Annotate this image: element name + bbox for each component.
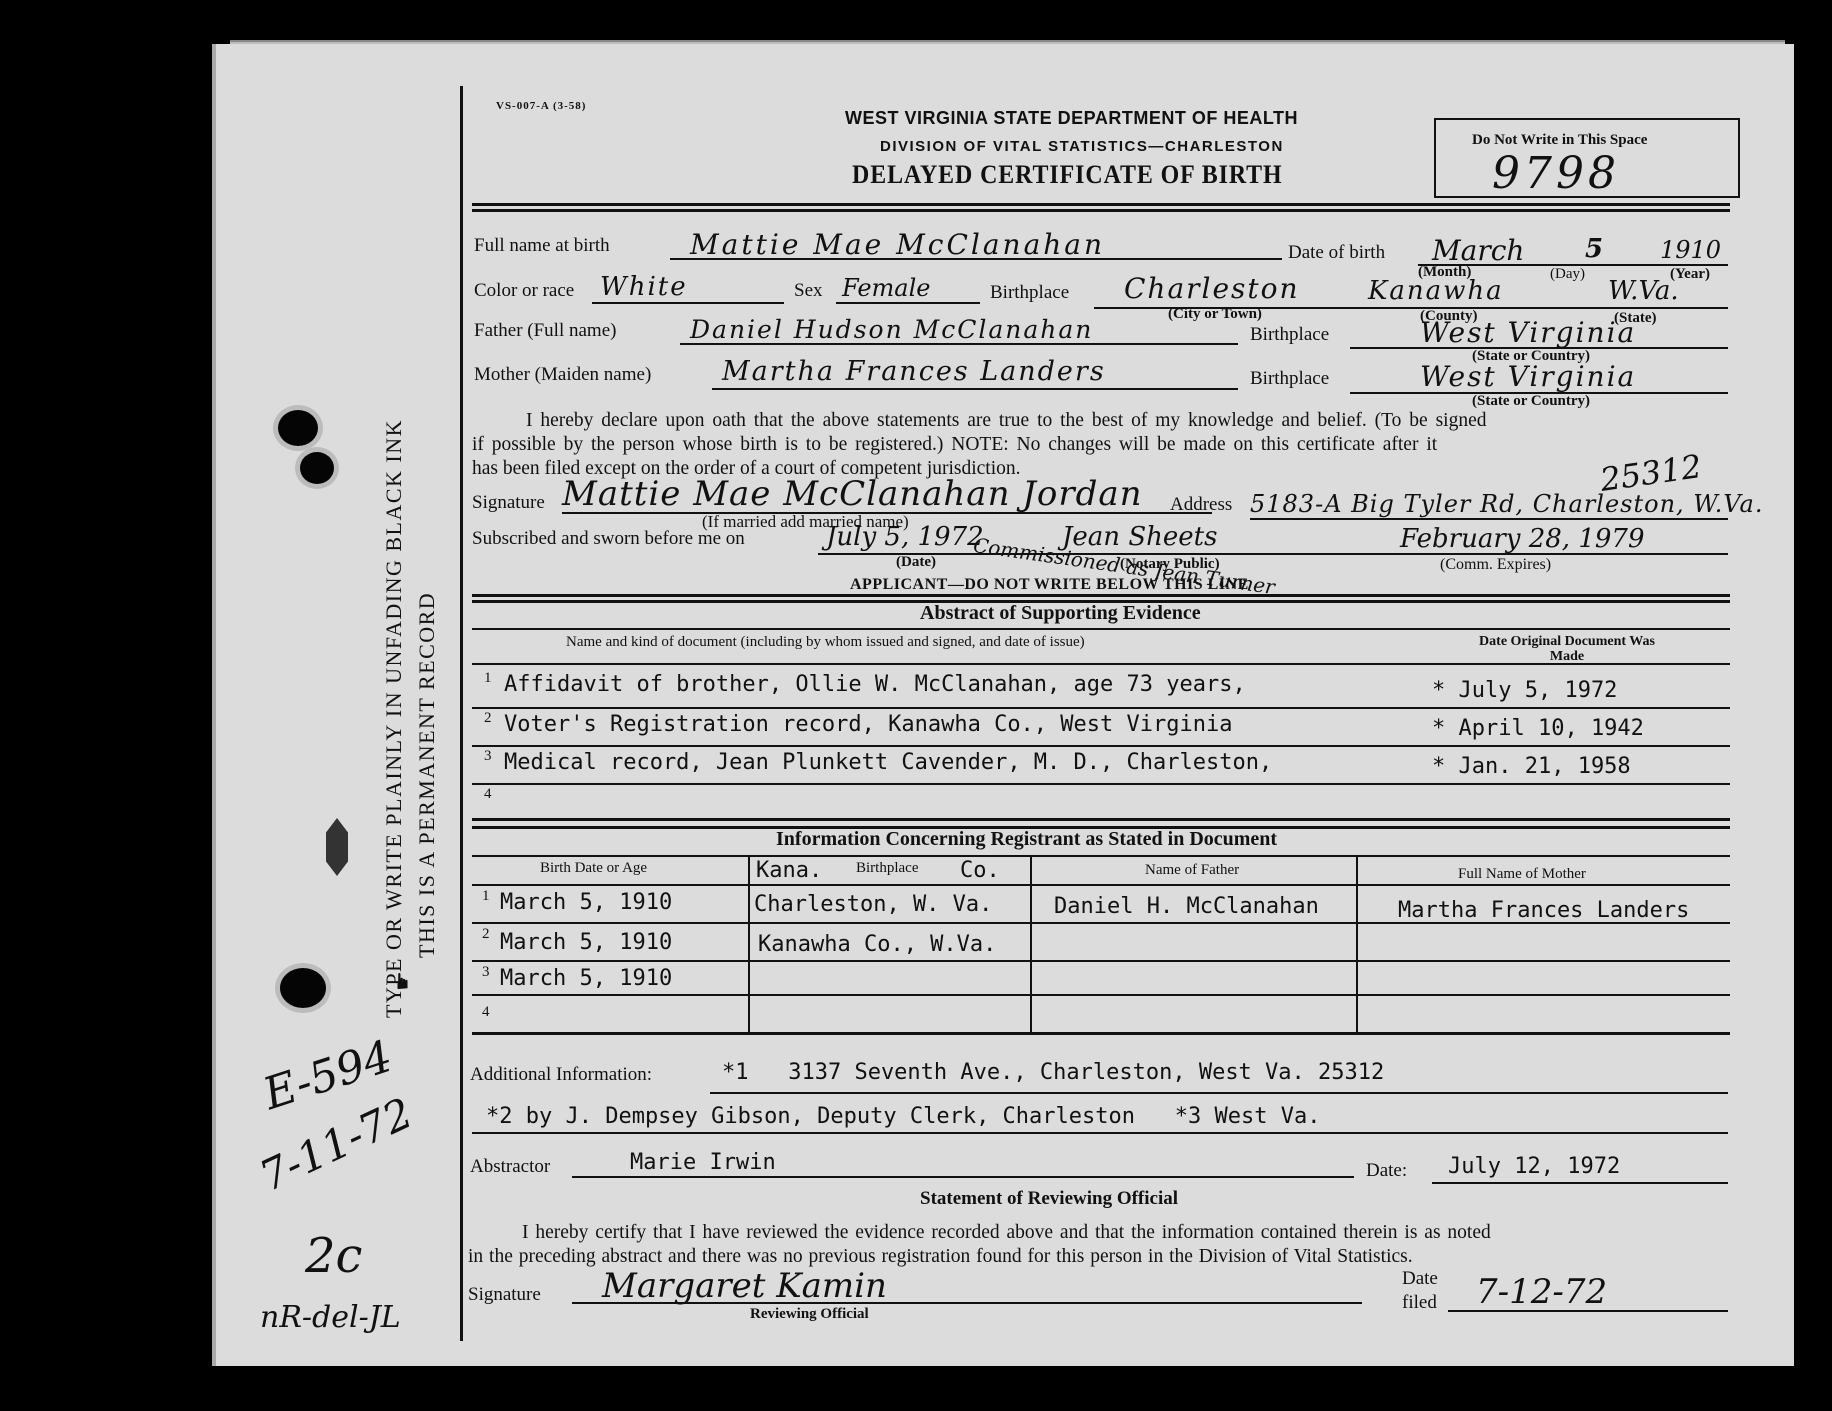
- punch-hole-icon: [300, 452, 334, 484]
- race-value: White: [600, 272, 688, 302]
- full-name-value: Mattie Mae McClanahan: [690, 228, 1105, 261]
- evidence-document: Voter's Registration record, Kanawha Co.…: [504, 712, 1232, 737]
- registrant-birthdate: March 5, 1910: [500, 890, 672, 915]
- review-line-1: I hereby certify that I have reviewed th…: [522, 1220, 1491, 1245]
- underline: [710, 1092, 1728, 1094]
- oath-line-2: if possible by the person whose birth is…: [472, 432, 1437, 457]
- evidence-date: * Jan. 21, 1958: [1432, 754, 1631, 779]
- underline: [1250, 518, 1728, 520]
- row-line: [472, 994, 1730, 996]
- col-birthplace-suffix: Co.: [960, 858, 1000, 883]
- page-title: DELAYED CERTIFICATE OF BIRTH: [852, 160, 1283, 190]
- row-number: 4: [484, 786, 492, 803]
- abstractor-label: Abstractor: [470, 1156, 550, 1178]
- review-title: Statement of Reviewing Official: [920, 1188, 1178, 1210]
- mother-value: Martha Frances Landers: [722, 356, 1106, 387]
- reviewing-official-caption: Reviewing Official: [750, 1306, 869, 1323]
- sworn-date: July 5, 1972: [826, 522, 984, 552]
- col-mother: Full Name of Mother: [1458, 866, 1586, 883]
- section-divider: [472, 1032, 1730, 1035]
- registrant-birthplace: Charleston, W. Va.: [754, 892, 992, 917]
- father-birthplace-label: Birthplace: [1250, 324, 1329, 346]
- pointing-hand-icon: ☛: [390, 971, 416, 991]
- registrant-mother: Martha Frances Landers: [1398, 898, 1689, 923]
- section-divider: [472, 818, 1730, 821]
- review-signature-label: Signature: [468, 1284, 541, 1306]
- col-divider: [1030, 855, 1032, 1033]
- evidence-date: * July 5, 1972: [1432, 678, 1617, 703]
- certificate-number: 9798: [1492, 148, 1620, 199]
- signature-label: Signature: [472, 492, 545, 514]
- applicant-signature: Mattie Mae McClanahan Jordan: [562, 474, 1143, 514]
- row-number: 3: [482, 964, 490, 981]
- abstractor-value: Marie Irwin: [630, 1150, 776, 1175]
- margin-instruction-1: TYPE OR WRITE PLAINLY IN UNFADING BLACK …: [381, 419, 407, 1018]
- abstractor-date-label: Date:: [1366, 1160, 1407, 1182]
- underline: [592, 302, 784, 304]
- father-birthplace-value: West Virginia: [1420, 316, 1636, 349]
- agency-name: WEST VIRGINIA STATE DEPARTMENT OF HEALTH: [845, 108, 1298, 129]
- race-label: Color or race: [474, 280, 574, 302]
- birthplace-state: W.Va.: [1608, 276, 1679, 306]
- mother-label: Mother (Maiden name): [474, 364, 651, 386]
- evidence-date: * April 10, 1942: [1432, 716, 1644, 741]
- underline: [1448, 1310, 1728, 1312]
- punch-hole-icon: [278, 410, 318, 446]
- header-divider: [472, 203, 1730, 206]
- address-value: 5183-A Big Tyler Rd, Charleston, W.Va.: [1250, 490, 1763, 518]
- divider: [472, 663, 1730, 665]
- mother-birthplace-value: West Virginia: [1420, 360, 1636, 393]
- underline: [836, 302, 980, 304]
- registrant-info-title: Information Concerning Registrant as Sta…: [776, 828, 1277, 851]
- additional-info-line-1: *1 3137 Seventh Ave., Charleston, West V…: [722, 1060, 1384, 1085]
- birthplace-label: Birthplace: [990, 282, 1069, 304]
- comm-expires-value: February 28, 1979: [1400, 524, 1645, 554]
- row-line: [472, 783, 1730, 785]
- dob-label: Date of birth: [1288, 242, 1385, 264]
- divider: [472, 855, 1730, 857]
- evidence-title: Abstract of Supporting Evidence: [920, 602, 1201, 625]
- office-use-label: Do Not Write in This Space: [1472, 132, 1647, 149]
- registrant-birthdate: March 5, 1910: [500, 966, 672, 991]
- margin-instruction-2: THIS IS A PERMANENT RECORD: [414, 592, 440, 958]
- underline: [818, 553, 1728, 555]
- underline: [572, 1302, 1362, 1304]
- reviewer-signature: Margaret Kamin: [602, 1266, 887, 1306]
- state-country-caption: (State or Country): [1472, 393, 1590, 410]
- col-father: Name of Father: [1145, 862, 1239, 879]
- row-line: [472, 960, 1730, 962]
- registrant-father: Daniel H. McClanahan: [1054, 894, 1319, 919]
- underline: [472, 1132, 1728, 1134]
- section-divider: [472, 594, 1730, 597]
- full-name-label: Full name at birth: [474, 235, 610, 257]
- underline: [572, 1176, 1354, 1178]
- day-caption: (Day): [1550, 266, 1585, 283]
- underline: [680, 343, 1238, 345]
- mother-birthplace-label: Birthplace: [1250, 368, 1329, 390]
- birthplace-county: Kanawha: [1368, 276, 1504, 306]
- sworn-label: Subscribed and sworn before me on: [472, 528, 745, 550]
- sex-value: Female: [842, 274, 931, 302]
- father-value: Daniel Hudson McClanahan: [690, 315, 1093, 344]
- date-filed-value: 7-12-72: [1476, 1272, 1607, 1312]
- father-label: Father (Full name): [474, 320, 616, 342]
- registrant-birthplace: Kanawha Co., W.Va.: [758, 932, 996, 957]
- office-use-box: Do Not Write in This Space 9798: [1434, 118, 1740, 198]
- applicant-warning: APPLICANT—DO NOT WRITE BELOW THIS LINE: [850, 576, 1249, 594]
- agency-division: DIVISION OF VITAL STATISTICS—CHARLESTON: [880, 138, 1284, 155]
- col-birthplace-prefix: Kana.: [756, 858, 822, 883]
- row-number: 1: [482, 888, 490, 905]
- additional-info-label: Additional Information:: [470, 1064, 652, 1086]
- row-number: 2: [484, 710, 492, 727]
- evidence-col-date: Date Original Document Was Made: [1462, 634, 1672, 664]
- evidence-document: Affidavit of brother, Ollie W. McClanaha…: [504, 672, 1246, 697]
- date-caption: (Date): [896, 554, 936, 571]
- oath-line-1: I hereby declare upon oath that the abov…: [526, 408, 1487, 433]
- birthplace-city: Charleston: [1124, 272, 1300, 305]
- registrant-birthdate: March 5, 1910: [500, 930, 672, 955]
- date-filed-label-2: filed: [1402, 1292, 1437, 1314]
- dob-year: 1910: [1660, 236, 1721, 264]
- row-line: [472, 745, 1730, 747]
- row-number: 2: [482, 926, 490, 943]
- punch-hole-icon: [280, 968, 326, 1008]
- comm-expires-caption: (Comm. Expires): [1440, 556, 1551, 574]
- dob-month: March: [1432, 234, 1524, 267]
- margin-rule: [460, 86, 463, 1341]
- row-number: 1: [484, 670, 492, 687]
- col-divider: [748, 855, 750, 1033]
- evidence-document: Medical record, Jean Plunkett Cavender, …: [504, 750, 1272, 775]
- col-birthdate: Birth Date or Age: [540, 860, 647, 877]
- abstractor-date: July 12, 1972: [1448, 1154, 1620, 1179]
- col-divider: [1356, 855, 1358, 1033]
- date-filed-label-1: Date: [1402, 1268, 1438, 1290]
- row-line: [472, 922, 1730, 924]
- evidence-col-document: Name and kind of document (including by …: [566, 634, 1085, 651]
- row-line: [472, 707, 1730, 709]
- col-birthplace: Birthplace: [856, 860, 918, 877]
- additional-info-line-2: *2 by J. Dempsey Gibson, Deputy Clerk, C…: [486, 1104, 1320, 1129]
- sex-label: Sex: [794, 280, 823, 302]
- row-number: 3: [484, 748, 492, 765]
- underline: [670, 258, 1282, 260]
- underline: [1432, 1182, 1728, 1184]
- header-divider: [472, 209, 1730, 212]
- divider: [472, 628, 1730, 630]
- address-label: Address: [1170, 494, 1232, 516]
- form-number: VS-007-A (3-58): [496, 100, 586, 112]
- underline: [712, 388, 1238, 390]
- margin-note-copies: 2c: [305, 1228, 362, 1284]
- dob-day: 5: [1585, 234, 1603, 264]
- divider: [472, 884, 1730, 886]
- margin-note-code: nR-del-JL: [260, 1300, 401, 1335]
- row-number: 4: [482, 1004, 490, 1021]
- city-caption: (City or Town): [1168, 306, 1262, 323]
